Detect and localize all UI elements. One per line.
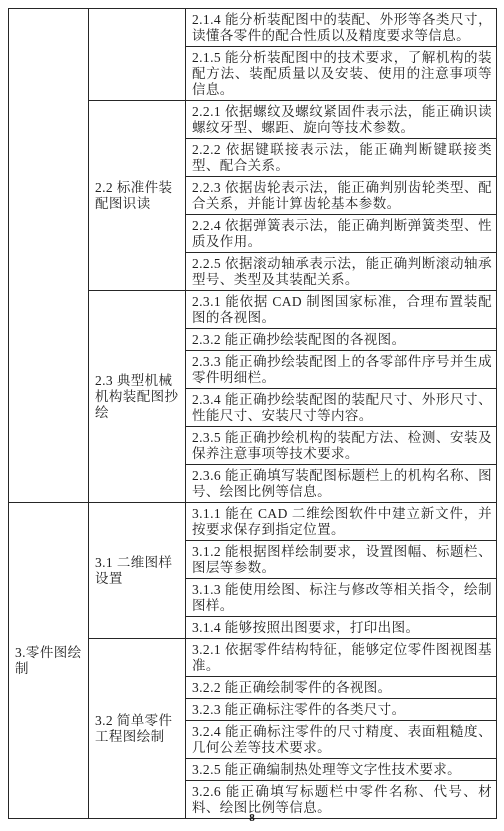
skill-item-cell: 2.3.5 能正确抄绘机构的装配方法、检测、安装及保养注意事项等技术要求。 <box>186 427 497 465</box>
skill-group-cell <box>89 9 186 101</box>
skill-item-cell: 2.1.5 能分析装配图中的技术要求，了解机构的装配方法、装配质量以及安装、使用… <box>186 47 497 101</box>
skill-group-cell: 2.3 典型机械机构装配图抄绘 <box>89 291 186 503</box>
skill-item-cell: 2.3.1 能依据 CAD 制图国家标准，合理布置装配图的各视图。 <box>186 291 497 329</box>
skill-item-cell: 2.2.3 依据齿轮表示法，能正确判别齿轮类型、配合关系，并能计算齿轮基本参数。 <box>186 177 497 215</box>
skill-group-cell: 2.2 标准件装配图识读 <box>89 101 186 291</box>
skill-group-cell: 3.2 简单零件工程图绘制 <box>89 639 186 819</box>
occupational-skill-table: 2.1.4 能分析装配图中的装配、外形等各类尺寸，读懂各零件的配合性质以及精度要… <box>8 8 497 819</box>
table-row: 2.1.4 能分析装配图中的装配、外形等各类尺寸，读懂各零件的配合性质以及精度要… <box>9 9 497 47</box>
skill-item-cell: 3.2.1 依据零件结构特征，能够定位零件图视图基准。 <box>186 639 497 677</box>
skill-item-cell: 3.1.2 能根据图样绘制要求，设置图幅、标题栏、图层等参数。 <box>186 541 497 579</box>
document-page: 2.1.4 能分析装配图中的装配、外形等各类尺寸，读懂各零件的配合性质以及精度要… <box>0 0 504 831</box>
skill-item-cell: 2.2.4 依据弹簧表示法，能正确判断弹簧类型、性质及作用。 <box>186 215 497 253</box>
skill-item-cell: 2.3.6 能正确填写装配图标题栏上的机构名称、图号、绘图比例等信息。 <box>186 465 497 503</box>
table-row: 3.零件图绘制 3.1 二维图样设置 3.1.1 能在 CAD 二维绘图软件中建… <box>9 503 497 541</box>
skill-item-cell: 3.1.3 能使用绘图、标注与修改等相关指令，绘制图样。 <box>186 579 497 617</box>
category-cell <box>9 9 89 503</box>
skill-item-cell: 3.2.4 能正确标注零件的尺寸精度、表面粗糙度、几何公差等技术要求。 <box>186 721 497 759</box>
skill-item-cell: 2.2.2 依据键联接表示法，能正确判断键联接类型、配合关系。 <box>186 139 497 177</box>
skill-item-cell: 2.3.3 能正确抄绘装配图上的各零部件序号并生成零件明细栏。 <box>186 351 497 389</box>
category-cell: 3.零件图绘制 <box>9 503 89 819</box>
skill-item-cell: 2.1.4 能分析装配图中的装配、外形等各类尺寸，读懂各零件的配合性质以及精度要… <box>186 9 497 47</box>
skill-item-cell: 3.2.2 能正确绘制零件的各视图。 <box>186 677 497 699</box>
skill-group-cell: 3.1 二维图样设置 <box>89 503 186 639</box>
skill-item-cell: 3.2.5 能正确编制热处理等文字性技术要求。 <box>186 759 497 781</box>
skill-item-cell: 2.3.2 能正确抄绘装配图的各视图。 <box>186 329 497 351</box>
skill-item-cell: 2.3.4 能正确抄绘装配图的装配尺寸、外形尺寸、性能尺寸、安装尺寸等内容。 <box>186 389 497 427</box>
skill-item-cell: 2.2.1 依据螺纹及螺纹紧固件表示法，能正确识读螺纹牙型、螺距、旋向等技术参数… <box>186 101 497 139</box>
skill-item-cell: 3.2.3 能正确标注零件的各类尺寸。 <box>186 699 497 721</box>
skill-item-cell: 3.1.4 能够按照出图要求，打印出图。 <box>186 617 497 639</box>
skill-item-cell: 3.1.1 能在 CAD 二维绘图软件中建立新文件，并按要求保存到指定位置。 <box>186 503 497 541</box>
page-number: 8 <box>0 812 504 824</box>
skill-item-cell: 2.2.5 依据滚动轴承表示法，能正确判断滚动轴承型号、类型及其装配关系。 <box>186 253 497 291</box>
